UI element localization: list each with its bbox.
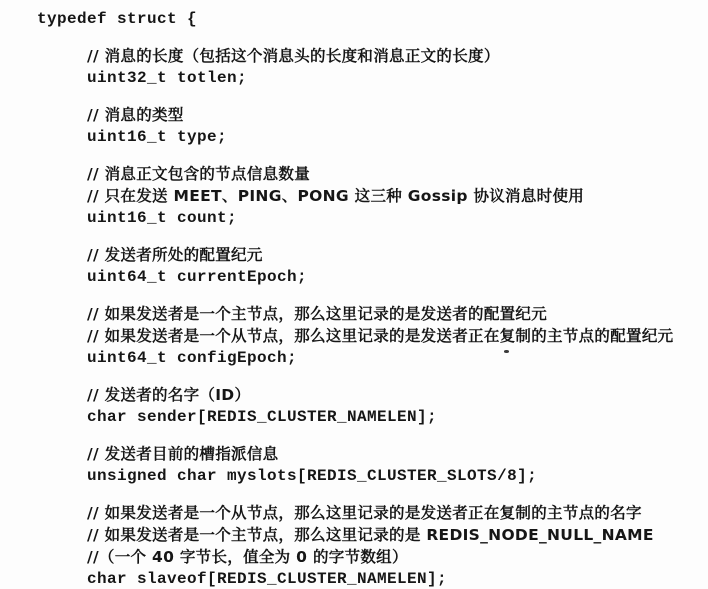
comment-line: // 如果发送者是一个从节点，那么这里记录的是发送者正在复制的主节点的名字 — [87, 502, 708, 524]
comment-line: // 发送者目前的槽指派信息 — [87, 443, 708, 465]
comment-line: // 如果发送者是一个从节点，那么这里记录的是发送者正在复制的主节点的配置纪元 — [87, 325, 708, 347]
code-group: // 发送者目前的槽指派信息unsigned char myslots[REDI… — [37, 443, 708, 487]
code-group: // 如果发送者是一个主节点，那么这里记录的是发送者的配置纪元// 如果发送者是… — [37, 303, 708, 369]
comment-line: //（一个 40 字节长，值全为 0 的字节数组） — [87, 546, 708, 568]
comment-line: // 如果发送者是一个主节点，那么这里记录的是 REDIS_NODE_NULL_… — [87, 524, 708, 546]
comment-line: // 只在发送 MEET、PING、PONG 这三种 Gossip 协议消息时使… — [87, 185, 708, 207]
code-group: // 发送者所处的配置纪元uint64_t currentEpoch; — [37, 244, 708, 288]
code-line: uint64_t configEpoch; — [87, 347, 708, 369]
comment-line: // 消息的长度（包括这个消息头的长度和消息正文的长度） — [87, 45, 708, 67]
comment-line: // 消息的类型 — [87, 104, 708, 126]
code-group: // 消息的长度（包括这个消息头的长度和消息正文的长度）uint32_t tot… — [37, 45, 708, 89]
code-group: // 发送者的名字（ID）char sender[REDIS_CLUSTER_N… — [37, 384, 708, 428]
code-line: char sender[REDIS_CLUSTER_NAMELEN]; — [87, 406, 708, 428]
comment-line: // 发送者的名字（ID） — [87, 384, 708, 406]
code-group: // 消息正文包含的节点信息数量// 只在发送 MEET、PING、PONG 这… — [37, 163, 708, 229]
code-group: // 如果发送者是一个从节点，那么这里记录的是发送者正在复制的主节点的名字// … — [37, 502, 708, 589]
code-line: unsigned char myslots[REDIS_CLUSTER_SLOT… — [87, 465, 708, 487]
code-line: typedef struct { — [37, 8, 708, 30]
comment-line: // 发送者所处的配置纪元 — [87, 244, 708, 266]
code-listing: typedef struct {// 消息的长度（包括这个消息头的长度和消息正文… — [37, 8, 708, 589]
comment-line: // 消息正文包含的节点信息数量 — [87, 163, 708, 185]
code-group: // 消息的类型uint16_t type; — [37, 104, 708, 148]
code-line: uint16_t type; — [87, 126, 708, 148]
scanned-book-page: typedef struct {// 消息的长度（包括这个消息头的长度和消息正文… — [0, 0, 708, 589]
code-line: uint16_t count; — [87, 207, 708, 229]
scan-artifact-dot — [504, 350, 509, 353]
code-line: uint64_t currentEpoch; — [87, 266, 708, 288]
code-line: uint32_t totlen; — [87, 67, 708, 89]
code-group: typedef struct { — [37, 8, 708, 30]
code-line: char slaveof[REDIS_CLUSTER_NAMELEN]; — [87, 568, 708, 589]
comment-line: // 如果发送者是一个主节点，那么这里记录的是发送者的配置纪元 — [87, 303, 708, 325]
